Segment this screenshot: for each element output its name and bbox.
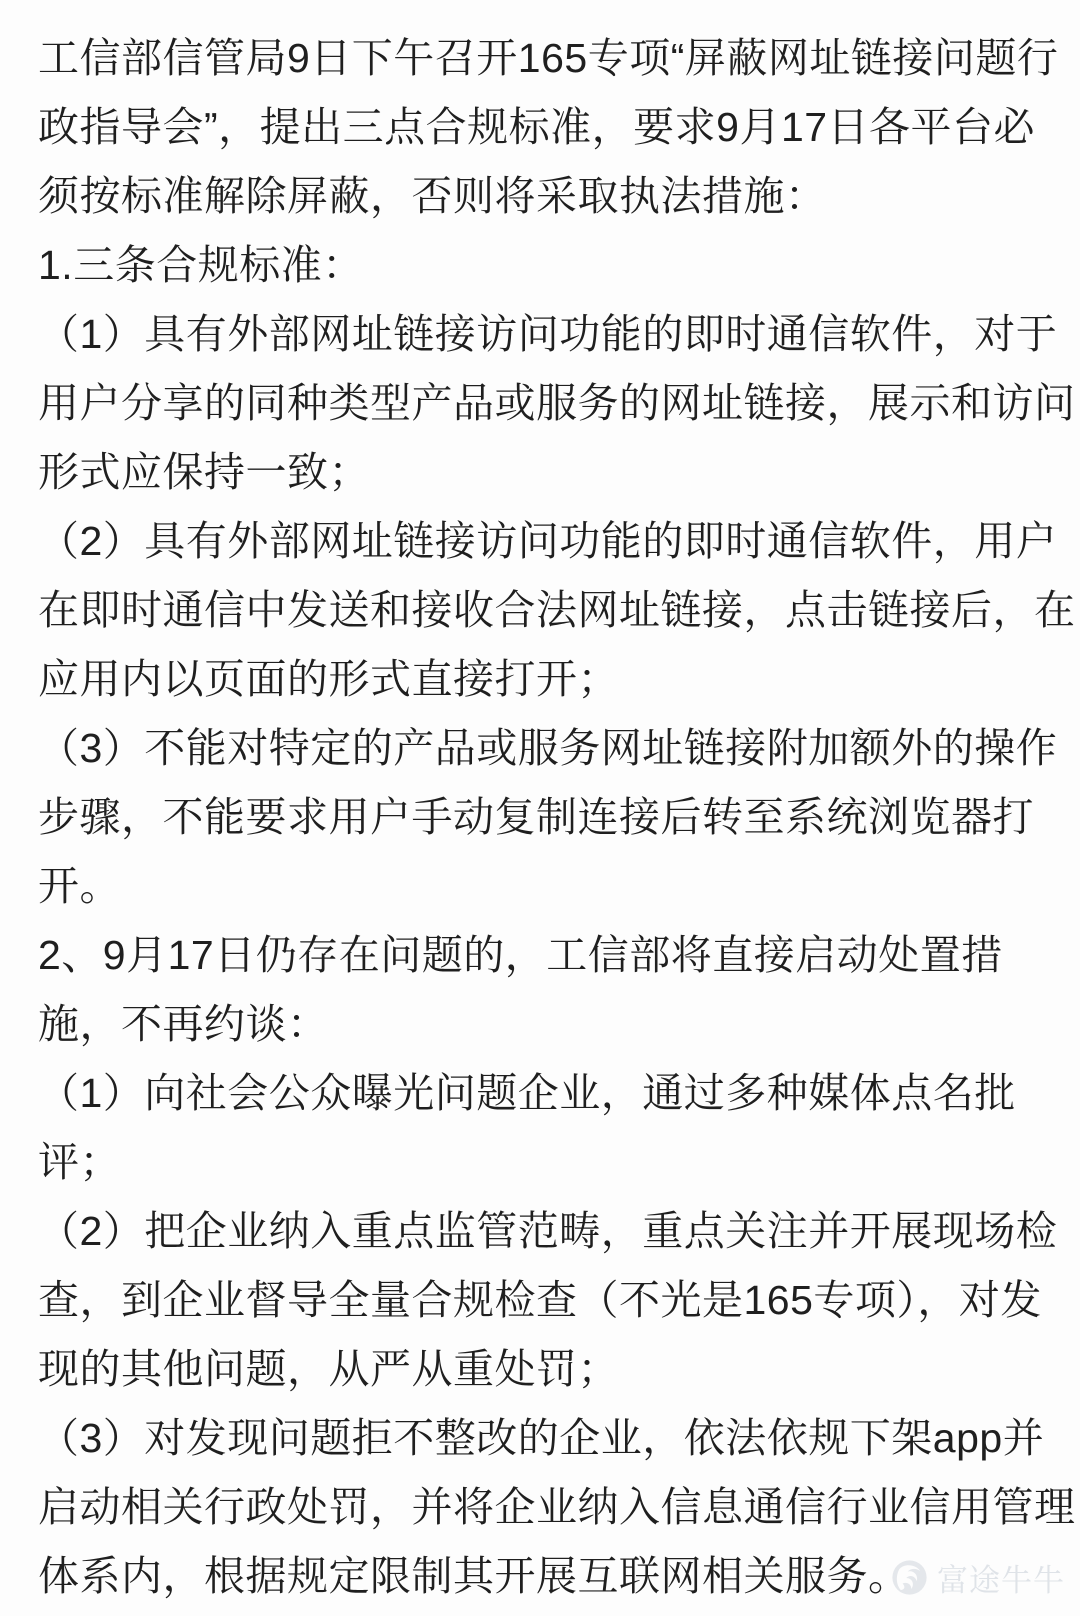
text-line: （2）具有外部网址链接访问功能的即时通信软件，用户 xyxy=(38,507,1050,576)
text-line: 开。 xyxy=(38,852,1050,921)
text-line: 启动相关行政处罚，并将企业纳入信息通信行业信用管理 xyxy=(38,1473,1050,1542)
text-line: 在即时通信中发送和接收合法网址链接，点击链接后，在 xyxy=(38,576,1050,645)
text-line: 形式应保持一致； xyxy=(38,438,1050,507)
text-line: 用户分享的同种类型产品或服务的网址链接，展示和访问 xyxy=(38,369,1050,438)
text-line: 1.三条合规标准： xyxy=(38,231,1050,300)
text-line: 2、9月17日仍存在问题的，工信部将直接启动处置措 xyxy=(38,921,1050,990)
text-line: 政指导会”，提出三点合规标准，要求9月17日各平台必 xyxy=(38,93,1050,162)
text-line: （2）把企业纳入重点监管范畴，重点关注并开展现场检 xyxy=(38,1197,1050,1266)
text-line: 体系内，根据规定限制其开展互联网相关服务。 xyxy=(38,1542,1050,1611)
text-line: （1）具有外部网址链接访问功能的即时通信软件，对于 xyxy=(38,300,1050,369)
text-line: 查，到企业督导全量合规检查（不光是165专项），对发 xyxy=(38,1266,1050,1335)
text-line: （3）对发现问题拒不整改的企业，依法依规下架app并 xyxy=(38,1404,1050,1473)
text-document-page: 工信部信管局9日下午召开165专项“屏蔽网址链接问题行 政指导会”，提出三点合规… xyxy=(0,0,1080,1616)
text-line: （1）向社会公众曝光问题企业，通过多种媒体点名批 xyxy=(38,1059,1050,1128)
text-line: 工信部信管局9日下午召开165专项“屏蔽网址链接问题行 xyxy=(38,24,1050,93)
text-line: 评； xyxy=(38,1128,1050,1197)
text-line: 应用内以页面的形式直接打开； xyxy=(38,645,1050,714)
text-line: 步骤，不能要求用户手动复制连接后转至系统浏览器打 xyxy=(38,783,1050,852)
text-line: （3）不能对特定的产品或服务网址链接附加额外的操作 xyxy=(38,714,1050,783)
text-line: 施，不再约谈： xyxy=(38,990,1050,1059)
text-line: 现的其他问题，从严从重处罚； xyxy=(38,1335,1050,1404)
text-line: 须按标准解除屏蔽，否则将采取执法措施： xyxy=(38,162,1050,231)
